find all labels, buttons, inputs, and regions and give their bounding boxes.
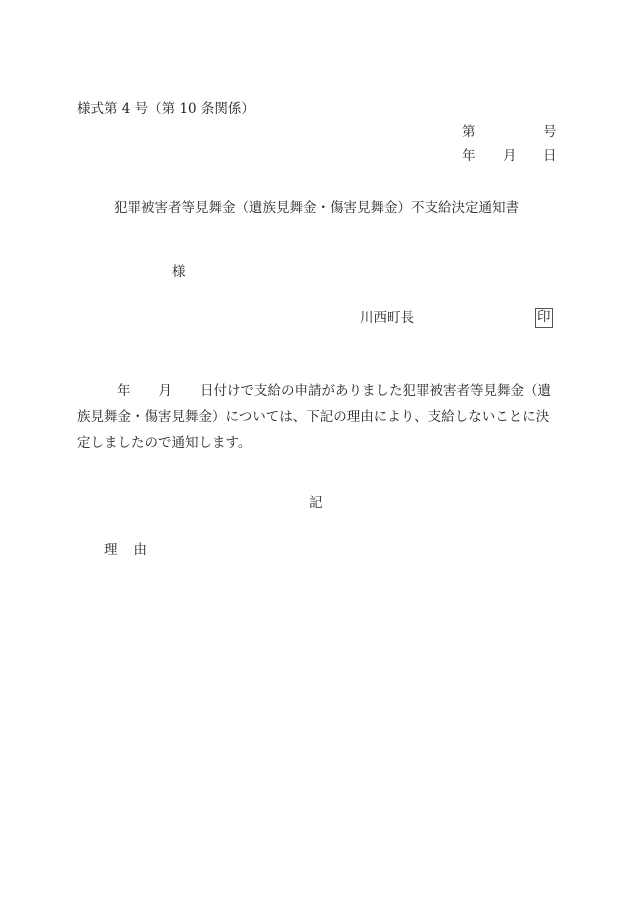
document-title: 犯罪被害者等見舞金（遺族見舞金・傷害見舞金）不支給決定通知書: [114, 202, 519, 216]
body-line-1: 年月日付けで支給の申請がありました犯罪被害者等見舞金（遺: [77, 378, 559, 404]
body-year-label: 年: [117, 383, 131, 399]
notice-body: 年月日付けで支給の申請がありました犯罪被害者等見舞金（遺 族見舞金・傷害見舞金）…: [77, 378, 559, 456]
issuer-name: 川西町長: [360, 312, 414, 326]
body-line-3: 定しましたので通知します。: [77, 430, 559, 456]
document-number-prefix: 第: [462, 126, 476, 140]
date-day-label: 日: [543, 150, 557, 164]
body-line-2: 族見舞金・傷害見舞金）については、下記の理由により、支給しないことに決: [77, 404, 559, 430]
date-month-label: 月: [503, 150, 517, 164]
ki-heading: 記: [309, 497, 323, 511]
body-line-1-text: 日付けで支給の申請がありました犯罪被害者等見舞金（遺: [200, 383, 551, 399]
reason-char-2: 由: [134, 542, 148, 558]
reason-label: 理由: [104, 544, 147, 558]
reason-char-1: 理: [104, 542, 118, 558]
date-year-label: 年: [462, 150, 476, 164]
seal-stamp-icon: 印: [535, 308, 553, 328]
addressee-honorific: 様: [172, 266, 186, 280]
body-month-label: 月: [159, 383, 173, 399]
document-number-suffix: 号: [543, 126, 557, 140]
form-number: 様式第 4 号（第 10 条関係）: [77, 103, 255, 117]
